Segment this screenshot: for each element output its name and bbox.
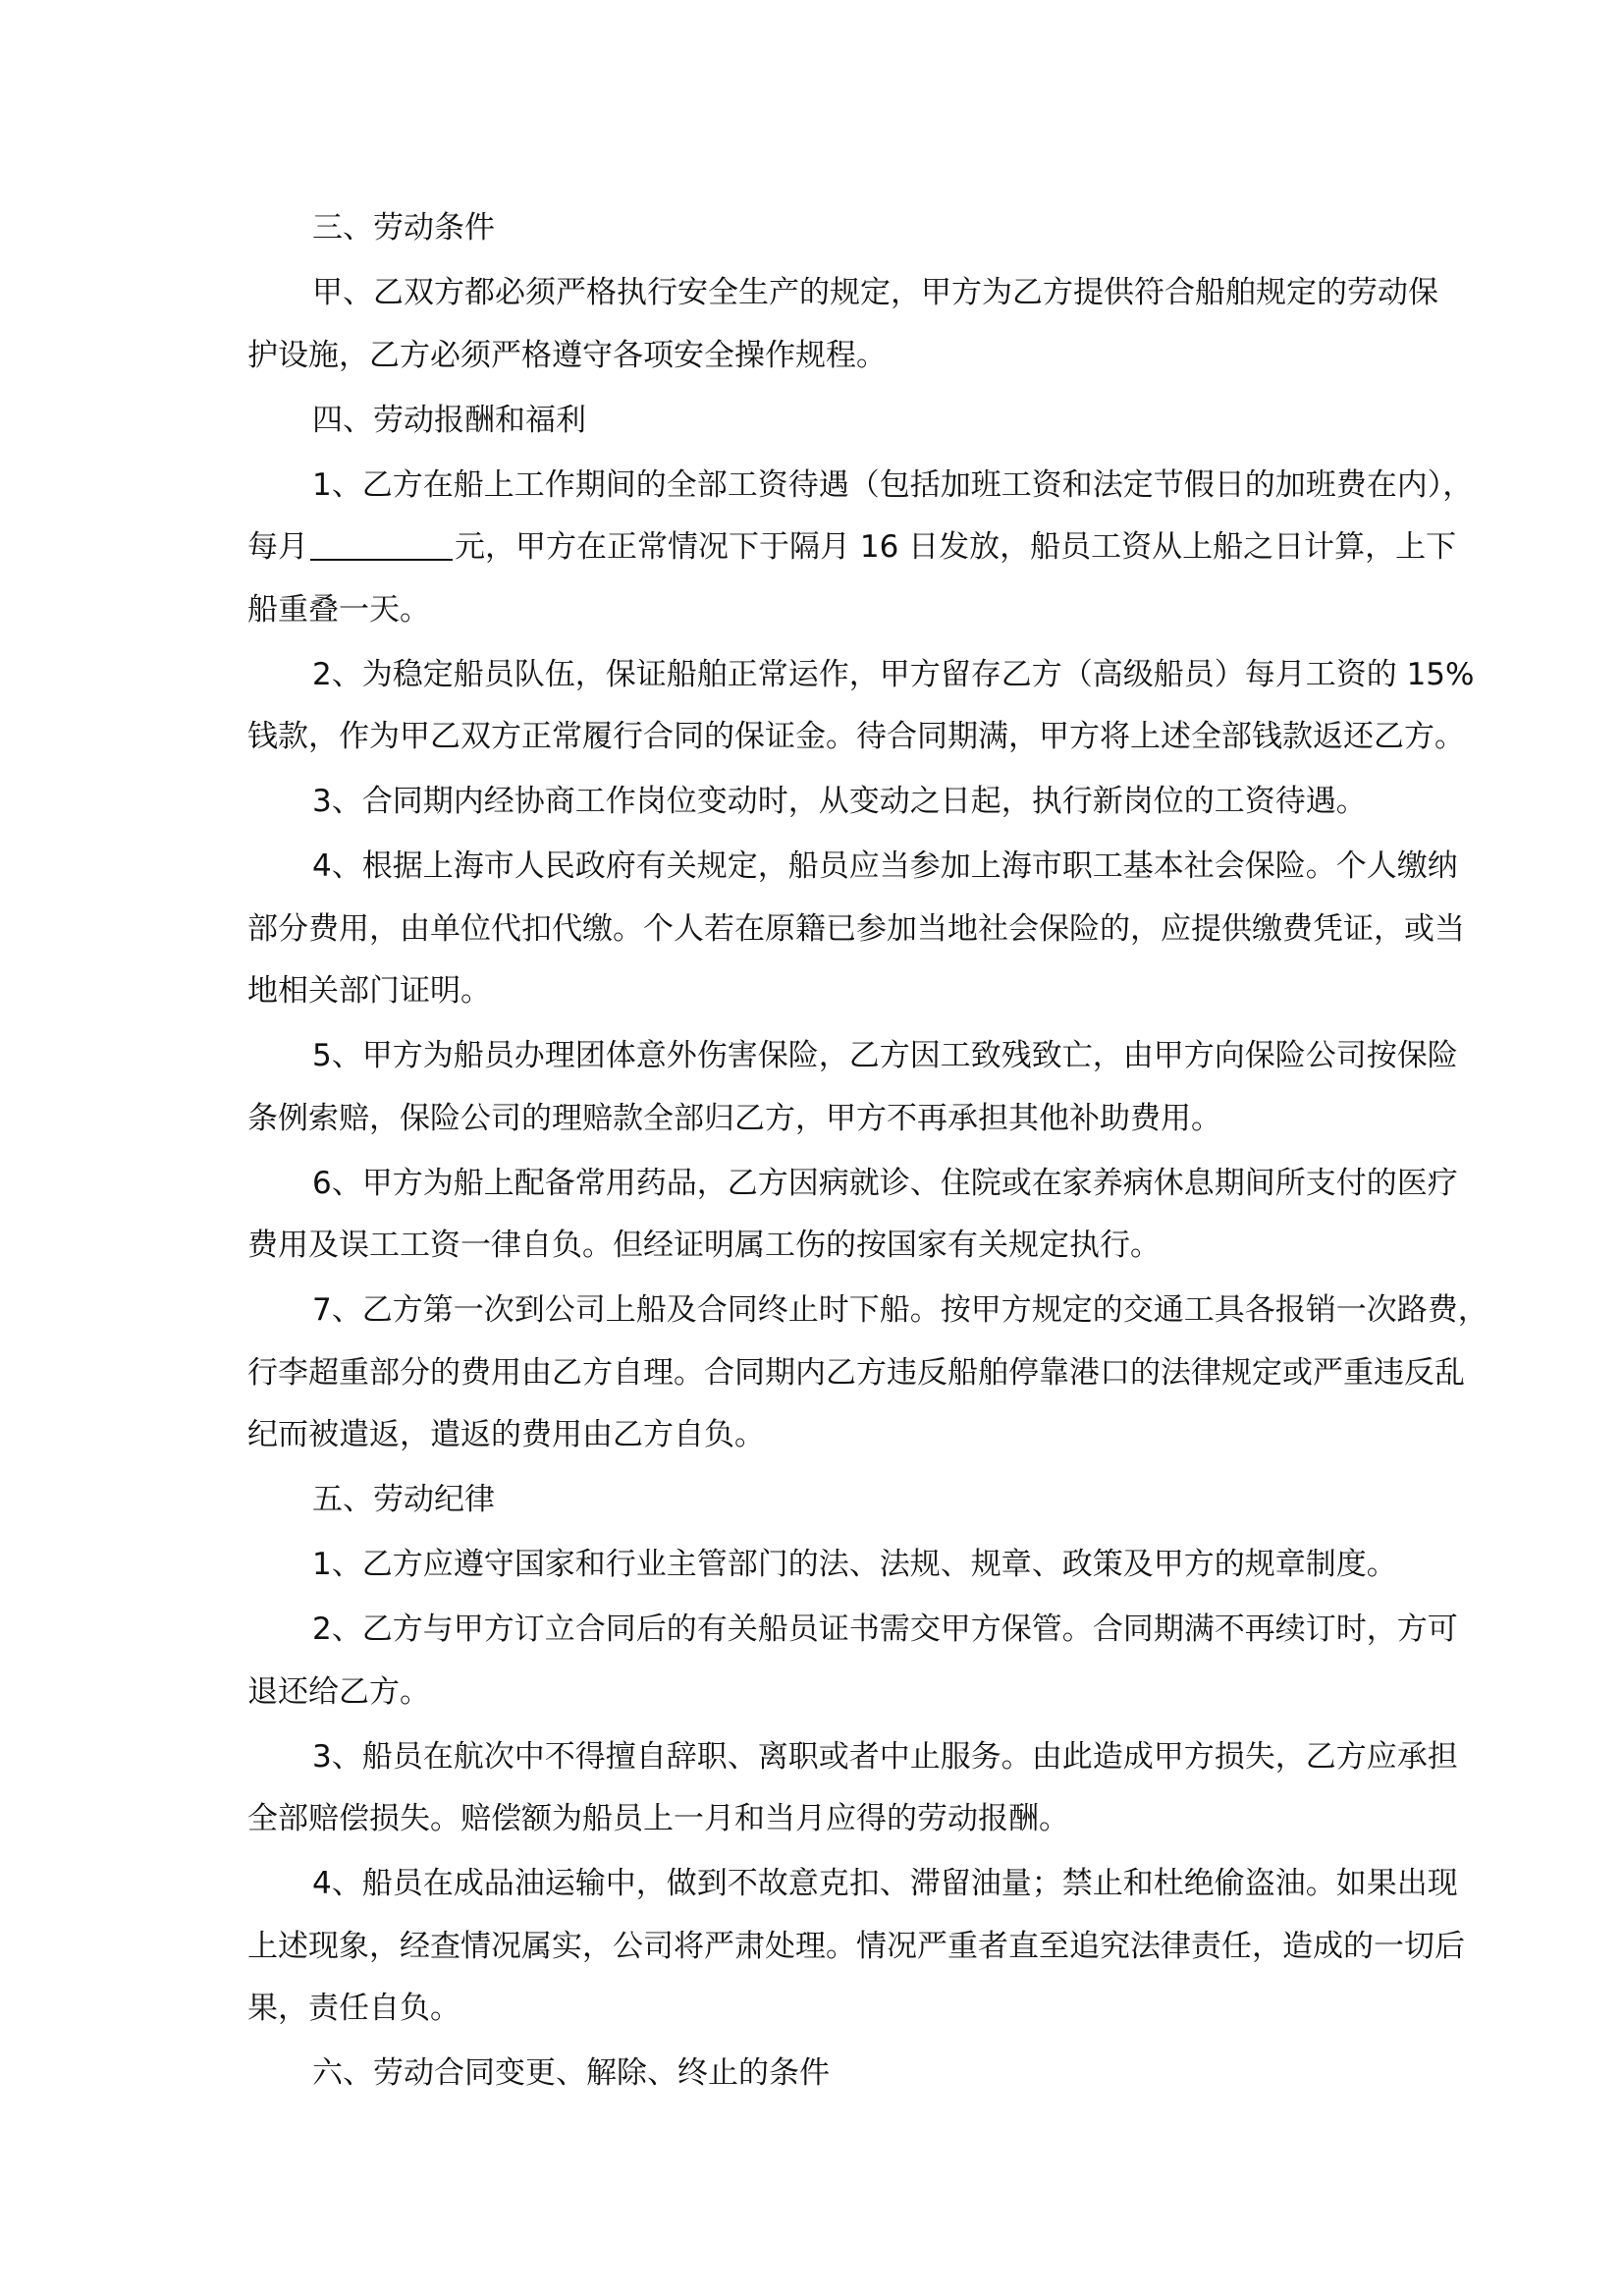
- clause-4-2-deposit: 2、为稳定船员队伍，保证船舶正常运作，甲方留存乙方（高级船员）每月工资的 15%…: [247, 644, 1377, 769]
- section-heading-contract-changes: 六、劳动合同变更、解除、终止的条件: [247, 2043, 1377, 2105]
- paragraph-line: 甲、乙双方都必须严格执行安全生产的规定，甲方为乙方提供符合船舶规定的劳动保: [247, 262, 1377, 325]
- clause-5-3-resignation: 3、船员在航次中不得擅自辞职、离职或者中止服务。由此造成甲方损失，乙方应承担 全…: [247, 1726, 1377, 1851]
- paragraph-line: 地相关部门证明。: [247, 960, 1377, 1023]
- paragraph-line: 3、合同期内经协商工作岗位变动时，从变动之日起，执行新岗位的工资待遇。: [247, 771, 1377, 834]
- paragraph-line: 1、乙方应遵守国家和行业主管部门的法、法规、规章、政策及甲方的规章制度。: [247, 1534, 1377, 1597]
- heading-text: 四、劳动报酬和福利: [247, 390, 1377, 453]
- clause-4-5-accident-insurance: 5、甲方为船员办理团体意外伤害保险，乙方因工致残致亡，由甲方向保险公司按保险 条…: [247, 1025, 1377, 1150]
- document-page: 三、劳动条件 甲、乙双方都必须严格执行安全生产的规定，甲方为乙方提供符合船舶规定…: [247, 197, 1377, 2107]
- paragraph-safety: 甲、乙双方都必须严格执行安全生产的规定，甲方为乙方提供符合船舶规定的劳动保 护设…: [247, 262, 1377, 387]
- clause-5-4-oil-transport: 4、船员在成品油运输中，做到不故意克扣、滞留油量；禁止和杜绝偷盗油。如果出现 上…: [247, 1853, 1377, 2041]
- paragraph-line: 6、甲方为船上配备常用药品，乙方因病就诊、住院或在家养病休息期间所支付的医疗: [247, 1153, 1377, 1216]
- clause-4-3-position-change: 3、合同期内经协商工作岗位变动时，从变动之日起，执行新岗位的工资待遇。: [247, 771, 1377, 834]
- paragraph-line: 上述现象，经查情况属实，公司将严肃处理。情况严重者直至追究法律责任，造成的一切后: [247, 1916, 1377, 1979]
- paragraph-line: 纪而被遣返，遣返的费用由乙方自负。: [247, 1404, 1377, 1467]
- paragraph-line-with-blank: 每月元，甲方在正常情况下于隔月 16 日发放，船员工资从上船之日计算，上下: [247, 517, 1377, 579]
- text-after-blank: 元，甲方在正常情况下于隔月 16 日发放，船员工资从上船之日计算，上下: [455, 529, 1456, 565]
- section-heading-compensation: 四、劳动报酬和福利: [247, 390, 1377, 453]
- heading-text: 五、劳动纪律: [247, 1469, 1377, 1532]
- heading-text: 三、劳动条件: [247, 197, 1377, 260]
- paragraph-line: 钱款，作为甲乙双方正常履行合同的保证金。待合同期满，甲方将上述全部钱款返还乙方。: [247, 706, 1377, 769]
- paragraph-line: 1、乙方在船上工作期间的全部工资待遇（包括加班工资和法定节假日的加班费在内），: [247, 455, 1377, 518]
- paragraph-line: 船重叠一天。: [247, 579, 1377, 642]
- text-before-blank: 每月: [247, 529, 308, 565]
- paragraph-line: 部分费用，由单位代扣代缴。个人若在原籍已参加当地社会保险的，应提供缴费凭证，或当: [247, 899, 1377, 961]
- paragraph-line: 果，责任自负。: [247, 1978, 1377, 2041]
- paragraph-line: 退还给乙方。: [247, 1662, 1377, 1724]
- clause-4-4-social-insurance: 4、根据上海市人民政府有关规定，船员应当参加上海市职工基本社会保险。个人缴纳 部…: [247, 836, 1377, 1023]
- heading-text: 六、劳动合同变更、解除、终止的条件: [247, 2043, 1377, 2105]
- section-heading-discipline: 五、劳动纪律: [247, 1469, 1377, 1532]
- clause-5-1-compliance: 1、乙方应遵守国家和行业主管部门的法、法规、规章、政策及甲方的规章制度。: [247, 1534, 1377, 1597]
- clause-5-2-certificates: 2、乙方与甲方订立合同后的有关船员证书需交甲方保管。合同期满不再续订时，方可 退…: [247, 1599, 1377, 1723]
- paragraph-line: 5、甲方为船员办理团体意外伤害保险，乙方因工致残致亡，由甲方向保险公司按保险: [247, 1025, 1377, 1088]
- paragraph-line: 2、乙方与甲方订立合同后的有关船员证书需交甲方保管。合同期满不再续订时，方可: [247, 1599, 1377, 1662]
- paragraph-line: 全部赔偿损失。赔偿额为船员上一月和当月应得的劳动报酬。: [247, 1788, 1377, 1851]
- clause-4-1-wages: 1、乙方在船上工作期间的全部工资待遇（包括加班工资和法定节假日的加班费在内）， …: [247, 455, 1377, 642]
- section-heading-labor-conditions: 三、劳动条件: [247, 197, 1377, 260]
- clause-4-6-medical: 6、甲方为船上配备常用药品，乙方因病就诊、住院或在家养病休息期间所支付的医疗 费…: [247, 1153, 1377, 1278]
- paragraph-line: 4、根据上海市人民政府有关规定，船员应当参加上海市职工基本社会保险。个人缴纳: [247, 836, 1377, 899]
- paragraph-line: 2、为稳定船员队伍，保证船舶正常运作，甲方留存乙方（高级船员）每月工资的 15%: [247, 644, 1377, 707]
- paragraph-line: 护设施，乙方必须严格遵守各项安全操作规程。: [247, 325, 1377, 388]
- paragraph-line: 4、船员在成品油运输中，做到不故意克扣、滞留油量；禁止和杜绝偷盗油。如果出现: [247, 1853, 1377, 1916]
- paragraph-line: 费用及误工工资一律自负。但经证明属工伤的按国家有关规定执行。: [247, 1215, 1377, 1278]
- paragraph-line: 条例索赔，保险公司的理赔款全部归乙方，甲方不再承担其他补助费用。: [247, 1088, 1377, 1151]
- clause-4-7-travel: 7、乙方第一次到公司上船及合同终止时下船。按甲方规定的交通工具各报销一次路费， …: [247, 1280, 1377, 1467]
- monthly-salary-blank-field[interactable]: [310, 529, 453, 561]
- paragraph-line: 行李超重部分的费用由乙方自理。合同期内乙方违反船舶停靠港口的法律规定或严重违反乱: [247, 1342, 1377, 1405]
- paragraph-line: 7、乙方第一次到公司上船及合同终止时下船。按甲方规定的交通工具各报销一次路费，: [247, 1280, 1377, 1342]
- paragraph-line: 3、船员在航次中不得擅自辞职、离职或者中止服务。由此造成甲方损失，乙方应承担: [247, 1726, 1377, 1789]
